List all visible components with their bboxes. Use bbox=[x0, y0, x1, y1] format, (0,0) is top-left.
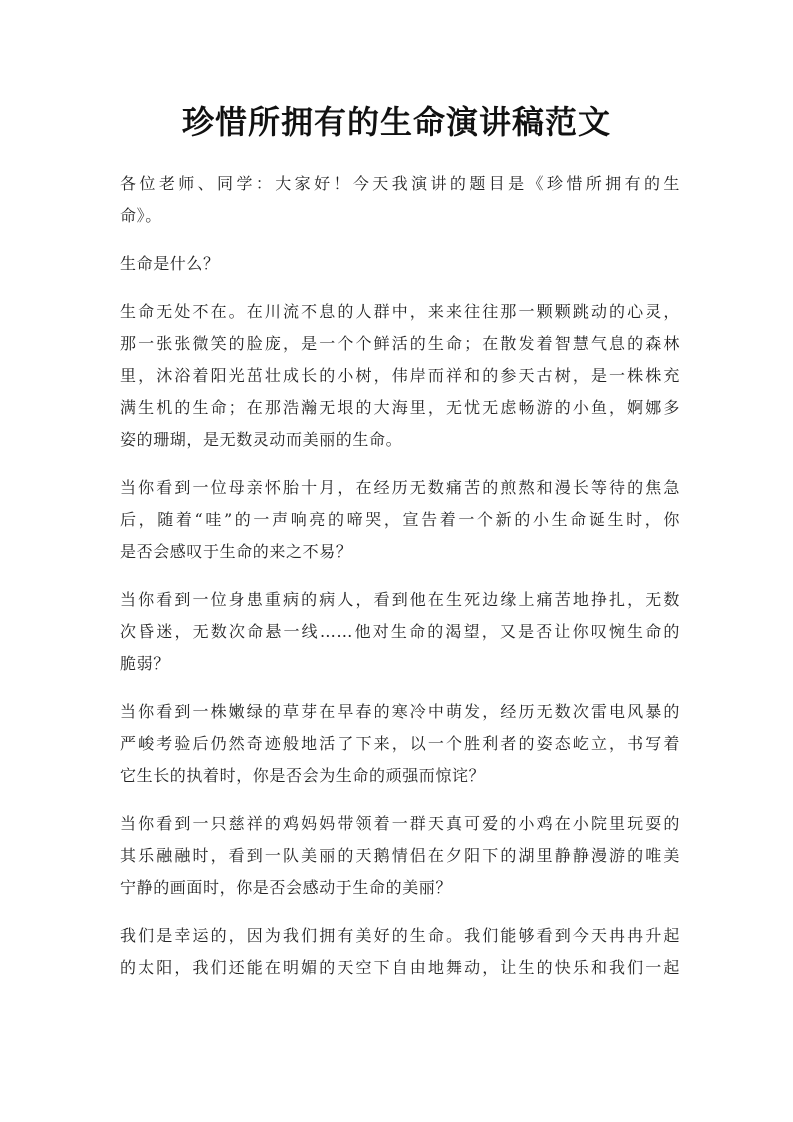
document-title: 珍惜所拥有的生命演讲稿范文 bbox=[0, 98, 793, 146]
text-line: 其乐融融时，看到一队美丽的天鹅情侣在夕阳下的湖里静静漫游的唯美 bbox=[120, 840, 680, 872]
text-line: 脆弱？ bbox=[120, 648, 680, 680]
text-line: 当你看到一株嫩绿的草芽在早春的寒冷中萌发，经历无数次雷电风暴的 bbox=[120, 696, 680, 728]
text-line: 宁静的画面时，你是否会感动于生命的美丽？ bbox=[120, 872, 680, 904]
text-line: 命》。 bbox=[120, 200, 680, 232]
text-line: 严峻考验后仍然奇迹般地活了下来，以一个胜利者的姿态屹立，书写着 bbox=[120, 728, 680, 760]
text-line: 那一张张微笑的脸庞，是一个个鲜活的生命；在散发着智慧气息的森林 bbox=[120, 328, 680, 360]
paragraph-birth: 当你看到一位母亲怀胎十月，在经历无数痛苦的煎熬和漫长等待的焦急 后，随着“哇”的… bbox=[120, 472, 680, 568]
text-line: 是否会感叹于生命的来之不易？ bbox=[120, 536, 680, 568]
text-line: 次昏迷，无数次命悬一线……他对生命的渴望，又是否让你叹惋生命的 bbox=[120, 616, 680, 648]
paragraph-life-everywhere: 生命无处不在。在川流不息的人群中，来来往往那一颗颗跳动的心灵， 那一张张微笑的脸… bbox=[120, 296, 680, 456]
paragraph-greeting: 各位老师、同学：大家好！今天我演讲的题目是《珍惜所拥有的生 命》。 bbox=[120, 168, 680, 232]
text-line: 满生机的生命；在那浩瀚无垠的大海里，无忧无虑畅游的小鱼，婀娜多 bbox=[120, 392, 680, 424]
text-line: 姿的珊瑚，是无数灵动而美丽的生命。 bbox=[120, 424, 680, 456]
document-page: 珍惜所拥有的生命演讲稿范文 各位老师、同学：大家好！今天我演讲的题目是《珍惜所拥… bbox=[0, 0, 793, 1122]
text-line: 生命是什么？ bbox=[120, 248, 680, 280]
paragraph-fortunate: 我们是幸运的，因为我们拥有美好的生命。我们能够看到今天冉冉升起 的太阳，我们还能… bbox=[120, 920, 680, 984]
text-line: 我们是幸运的，因为我们拥有美好的生命。我们能够看到今天冉冉升起 bbox=[120, 920, 680, 952]
document-body: 各位老师、同学：大家好！今天我演讲的题目是《珍惜所拥有的生 命》。 生命是什么？… bbox=[120, 168, 680, 1000]
text-line: 当你看到一位身患重病的病人，看到他在生死边缘上痛苦地挣扎，无数 bbox=[120, 584, 680, 616]
text-line: 当你看到一只慈祥的鸡妈妈带领着一群天真可爱的小鸡在小院里玩耍的 bbox=[120, 808, 680, 840]
paragraph-question: 生命是什么？ bbox=[120, 248, 680, 280]
text-line: 当你看到一位母亲怀胎十月，在经历无数痛苦的煎熬和漫长等待的焦急 bbox=[120, 472, 680, 504]
paragraph-grass: 当你看到一株嫩绿的草芽在早春的寒冷中萌发，经历无数次雷电风暴的 严峻考验后仍然奇… bbox=[120, 696, 680, 792]
text-line: 生命无处不在。在川流不息的人群中，来来往往那一颗颗跳动的心灵， bbox=[120, 296, 680, 328]
paragraph-hen: 当你看到一只慈祥的鸡妈妈带领着一群天真可爱的小鸡在小院里玩耍的 其乐融融时，看到… bbox=[120, 808, 680, 904]
text-line: 后，随着“哇”的一声响亮的啼哭，宣告着一个新的小生命诞生时，你 bbox=[120, 504, 680, 536]
text-line: 它生长的执着时，你是否会为生命的顽强而惊诧？ bbox=[120, 760, 680, 792]
text-line: 各位老师、同学：大家好！今天我演讲的题目是《珍惜所拥有的生 bbox=[120, 168, 680, 200]
text-line: 的太阳，我们还能在明媚的天空下自由地舞动，让生的快乐和我们一起 bbox=[120, 952, 680, 984]
paragraph-illness: 当你看到一位身患重病的病人，看到他在生死边缘上痛苦地挣扎，无数 次昏迷，无数次命… bbox=[120, 584, 680, 680]
text-line: 里，沐浴着阳光茁壮成长的小树，伟岸而祥和的参天古树，是一株株充 bbox=[120, 360, 680, 392]
